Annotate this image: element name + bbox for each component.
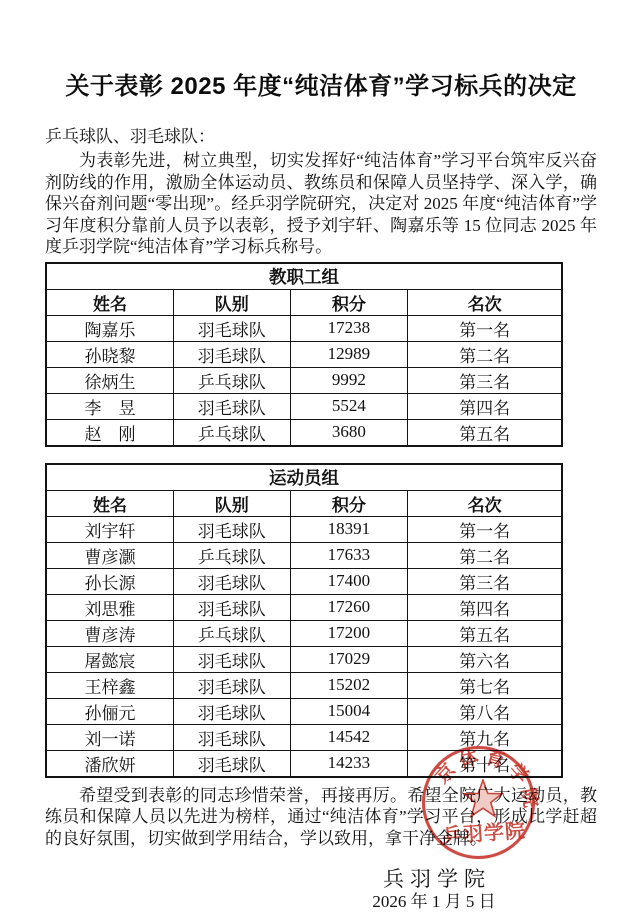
table-row: 刘一诺羽毛球队14542第九名 xyxy=(46,724,562,750)
table-cell: 曹彦灏 xyxy=(46,542,173,568)
table-cell: 刘思雅 xyxy=(46,594,173,620)
header-team: 队别 xyxy=(173,490,290,516)
table-cell: 羽毛球队 xyxy=(173,698,290,724)
table-cell: 羽毛球队 xyxy=(173,341,290,367)
signature-date: 2026 年 1 月 5 日 xyxy=(358,892,510,912)
table-cell: 李 昱 xyxy=(46,393,173,419)
table-row: 刘宇轩羽毛球队18391第一名 xyxy=(46,516,562,542)
table-cell: 羽毛球队 xyxy=(173,672,290,698)
table-cell: 第四名 xyxy=(408,393,562,419)
table-cell: 孙俪元 xyxy=(46,698,173,724)
table-cell: 羽毛球队 xyxy=(173,315,290,341)
header-name: 姓名 xyxy=(46,289,173,315)
table-cell: 乒乓球队 xyxy=(173,367,290,393)
table-row: 赵 刚乒乓球队3680第五名 xyxy=(46,419,562,446)
header-score: 积分 xyxy=(290,490,408,516)
table-cell: 第三名 xyxy=(408,367,562,393)
table-cell: 徐炳生 xyxy=(46,367,173,393)
table-caption: 运动员组 xyxy=(46,464,562,491)
table-cell: 第五名 xyxy=(408,620,562,646)
table-cell: 第六名 xyxy=(408,646,562,672)
table-row: 李 昱羽毛球队5524第四名 xyxy=(46,393,562,419)
header-name: 姓名 xyxy=(46,490,173,516)
table-row: 孙俪元羽毛球队15004第八名 xyxy=(46,698,562,724)
table-cell: 潘欣妍 xyxy=(46,750,173,777)
header-score: 积分 xyxy=(290,289,408,315)
table-cell: 第四名 xyxy=(408,594,562,620)
table-cell: 孙长源 xyxy=(46,568,173,594)
table-caption-row: 运动员组 xyxy=(46,464,562,491)
document-title: 关于表彰 2025 年度“纯洁体育”学习标兵的决定 xyxy=(45,71,597,103)
table-row: 王梓鑫羽毛球队15202第七名 xyxy=(46,672,562,698)
table-cell: 17200 xyxy=(290,620,408,646)
table-cell: 陶嘉乐 xyxy=(46,315,173,341)
table-cell: 15004 xyxy=(290,698,408,724)
table-cell: 17029 xyxy=(290,646,408,672)
table-cell: 羽毛球队 xyxy=(173,724,290,750)
table-cell: 17260 xyxy=(290,594,408,620)
header-rank: 名次 xyxy=(408,490,562,516)
table-row: 陶嘉乐羽毛球队17238第一名 xyxy=(46,315,562,341)
paragraph-intro: 为表彰先进，树立典型，切实发挥好“纯洁体育”学习平台筑牢反兴奋剂防线的作用，激励… xyxy=(45,150,597,258)
table-cell: 赵 刚 xyxy=(46,419,173,446)
table-cell: 第二名 xyxy=(408,542,562,568)
table-cell: 羽毛球队 xyxy=(173,646,290,672)
paragraph-closing: 希望受到表彰的同志珍惜荣誉，再接再厉。希望全院广大运动员，教练员和保障人员以先进… xyxy=(45,785,597,850)
table-row: 孙晓黎羽毛球队12989第二名 xyxy=(46,341,562,367)
table-row: 徐炳生乒乓球队9992第三名 xyxy=(46,367,562,393)
table-cell: 王梓鑫 xyxy=(46,672,173,698)
signature-block: 兵羽学院 2026 年 1 月 5 日 xyxy=(358,866,510,912)
header-rank: 名次 xyxy=(408,289,562,315)
table-cell: 屠懿宸 xyxy=(46,646,173,672)
table-cell: 羽毛球队 xyxy=(173,594,290,620)
table-cell: 9992 xyxy=(290,367,408,393)
table-row: 屠懿宸羽毛球队17029第六名 xyxy=(46,646,562,672)
table-row: 曹彦涛乒乓球队17200第五名 xyxy=(46,620,562,646)
table-header-row: 姓名 队别 积分 名次 xyxy=(46,289,562,315)
table-row: 潘欣妍羽毛球队14233第十名 xyxy=(46,750,562,777)
document-page: 关于表彰 2025 年度“纯洁体育”学习标兵的决定 乒乓球队、羽毛球队： 为表彰… xyxy=(0,0,639,915)
table-cell: 第一名 xyxy=(408,516,562,542)
staff-group-table: 教职工组 姓名 队别 积分 名次 陶嘉乐羽毛球队17238第一名孙晓黎羽毛球队1… xyxy=(45,262,563,447)
header-team: 队别 xyxy=(173,289,290,315)
table-cell: 第九名 xyxy=(408,724,562,750)
table-cell: 第五名 xyxy=(408,419,562,446)
table-cell: 5524 xyxy=(290,393,408,419)
table-cell: 乒乓球队 xyxy=(173,620,290,646)
table-cell: 乒乓球队 xyxy=(173,542,290,568)
table-cell: 15202 xyxy=(290,672,408,698)
table-row: 曹彦灏乒乓球队17633第二名 xyxy=(46,542,562,568)
table-cell: 第十名 xyxy=(408,750,562,777)
table-cell: 第三名 xyxy=(408,568,562,594)
table-cell: 3680 xyxy=(290,419,408,446)
table-row: 刘思雅羽毛球队17260第四名 xyxy=(46,594,562,620)
table-cell: 17238 xyxy=(290,315,408,341)
table-cell: 14542 xyxy=(290,724,408,750)
salutation-line: 乒乓球队、羽毛球队： xyxy=(45,126,597,148)
table-header-row: 姓名 队别 积分 名次 xyxy=(46,490,562,516)
table-cell: 羽毛球队 xyxy=(173,393,290,419)
table-cell: 孙晓黎 xyxy=(46,341,173,367)
table-cell: 第一名 xyxy=(408,315,562,341)
table-cell: 第七名 xyxy=(408,672,562,698)
table-cell: 第二名 xyxy=(408,341,562,367)
table-cell: 18391 xyxy=(290,516,408,542)
table-cell: 12989 xyxy=(290,341,408,367)
table-cell: 14233 xyxy=(290,750,408,777)
table-cell: 曹彦涛 xyxy=(46,620,173,646)
table-cell: 刘宇轩 xyxy=(46,516,173,542)
table-caption: 教职工组 xyxy=(46,263,562,290)
table-cell: 17400 xyxy=(290,568,408,594)
table-cell: 第八名 xyxy=(408,698,562,724)
table-cell: 乒乓球队 xyxy=(173,419,290,446)
table-cell: 17633 xyxy=(290,542,408,568)
table-row: 孙长源羽毛球队17400第三名 xyxy=(46,568,562,594)
table-cell: 刘一诺 xyxy=(46,724,173,750)
table-caption-row: 教职工组 xyxy=(46,263,562,290)
signature-org: 兵羽学院 xyxy=(358,866,510,892)
table-cell: 羽毛球队 xyxy=(173,750,290,777)
athlete-group-table: 运动员组 姓名 队别 积分 名次 刘宇轩羽毛球队18391第一名曹彦灏乒乓球队1… xyxy=(45,463,563,778)
table-cell: 羽毛球队 xyxy=(173,516,290,542)
table-cell: 羽毛球队 xyxy=(173,568,290,594)
